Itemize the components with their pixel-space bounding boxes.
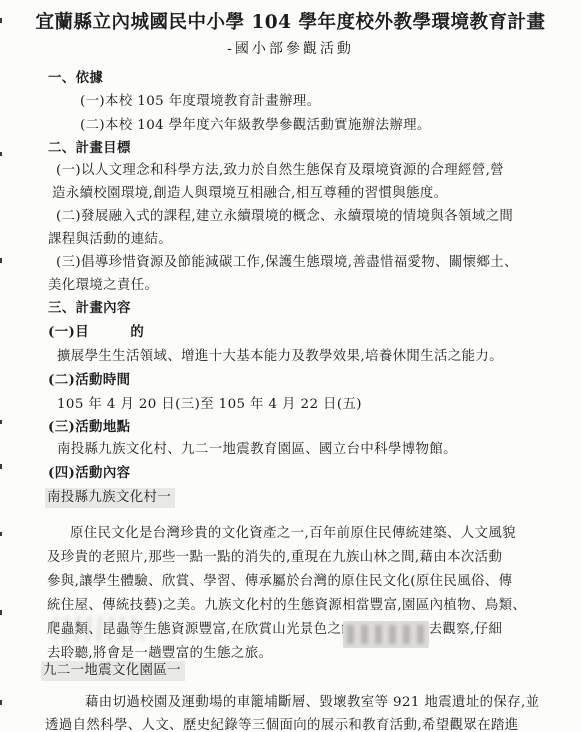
paragraph-line: 去聆聽,將會是一趟豐富的生態之旅。 xyxy=(47,645,272,662)
goal-line: (三)倡導珍惜資源及節能減碳工作,保護生態環境,善盡惜福愛物、關懷鄉土、 xyxy=(56,254,518,271)
scan-edge-speck xyxy=(0,464,2,469)
scan-smudge-artifact xyxy=(54,616,144,642)
scan-edge-speck xyxy=(0,258,2,263)
paragraph-line: 統住屋、傳統技藝)之美。九族文化村的生態資源相當豐富,園區內植物、鳥類、 xyxy=(47,597,526,614)
section-heading-2: 二、計畫目標 xyxy=(48,140,131,157)
subsection-heading-time: (二)活動時間 xyxy=(48,372,130,389)
scan-edge-speck xyxy=(0,532,2,536)
goal-line: 課程與活動的連結。 xyxy=(48,231,172,248)
venue-heading-quake-park: 九二一地震文化園區一 xyxy=(41,662,185,679)
highlighted-text: 南投縣九族文化村一 xyxy=(45,488,175,508)
paragraph-line: 及珍貴的老照片,那些一點一點的消失的,重現在九族山林之間,藉由本次活動 xyxy=(47,549,502,566)
scan-edge-speck xyxy=(0,420,2,424)
document-title: 宜蘭縣立內城國民中小學 104 學年度校外教學環境教育計畫 xyxy=(0,8,581,34)
highlighted-text: 九二一地震文化園區一 xyxy=(41,661,185,681)
scan-smudge-artifact xyxy=(343,621,429,648)
subsection-heading-content: (四)活動內容 xyxy=(48,465,130,482)
section-heading-1: 一、依據 xyxy=(48,70,103,87)
venue-heading-village: 南投縣九族文化村一 xyxy=(45,489,175,506)
subsection-heading-purpose: (一)目 的 xyxy=(48,324,144,341)
goal-line: 美化環境之責任。 xyxy=(48,277,158,294)
paragraph-line: 透過自然科學、人文、歷史紀錄等三個面向的展示和教育活動,希望觀眾在踏進 xyxy=(45,717,519,732)
subsection-heading-location: (三)活動地點 xyxy=(48,419,130,436)
list-item: (二)本校 104 學年度六年級教學參觀活動實施辦法辦理。 xyxy=(80,117,431,134)
paragraph-line: 藉由切過校園及運動場的車籠埔斷層、毀壞教室等 921 地震遺址的保存,並 xyxy=(85,694,539,711)
scan-edge-speck xyxy=(0,610,2,615)
paragraph-line: 擴展學生生活領域、增進十大基本能力及教學效果,培養休閒生活之能力。 xyxy=(57,348,503,365)
section-heading-3: 三、計畫內容 xyxy=(48,300,131,317)
paragraph-line: 參與,讓學生體驗、欣賞、學習、傳承屬於台灣的原住民文化(原住民風俗、傳 xyxy=(47,573,512,590)
document-subtitle: -國小部參觀活動 xyxy=(0,38,581,58)
activity-locations: 南投縣九族文化村、九二一地震教育園區、國立台中科學博物館。 xyxy=(57,441,457,458)
scan-edge-speck xyxy=(0,152,2,156)
scan-edge-speck xyxy=(0,700,2,705)
list-item: (一)本校 105 年度環境教育計畫辦理。 xyxy=(80,93,320,110)
goal-line: (一)以人文理念和科學方法,致力於自然生態保育及環境資源的合理經營,營 xyxy=(56,162,504,179)
goal-line: (二)發展融入式的課程,建立永續環境的概念、永續環境的情境與各領域之間 xyxy=(56,208,513,225)
document-page: 宜蘭縣立內城國民中小學 104 學年度校外教學環境教育計畫 -國小部參觀活動 一… xyxy=(0,0,581,732)
goal-line: 造永續校園環境,創造人與環境互相融合,相互尊種的習慣與態度。 xyxy=(52,185,447,202)
scan-edge-speck xyxy=(0,18,2,23)
paragraph-line: 原住民文化是台灣珍貴的文化資產之一,百年前原住民傳統建築、人文風貌 xyxy=(70,525,516,542)
activity-date: 105 年 4 月 20 日(三)至 105 年 4 月 22 日(五) xyxy=(57,396,362,413)
